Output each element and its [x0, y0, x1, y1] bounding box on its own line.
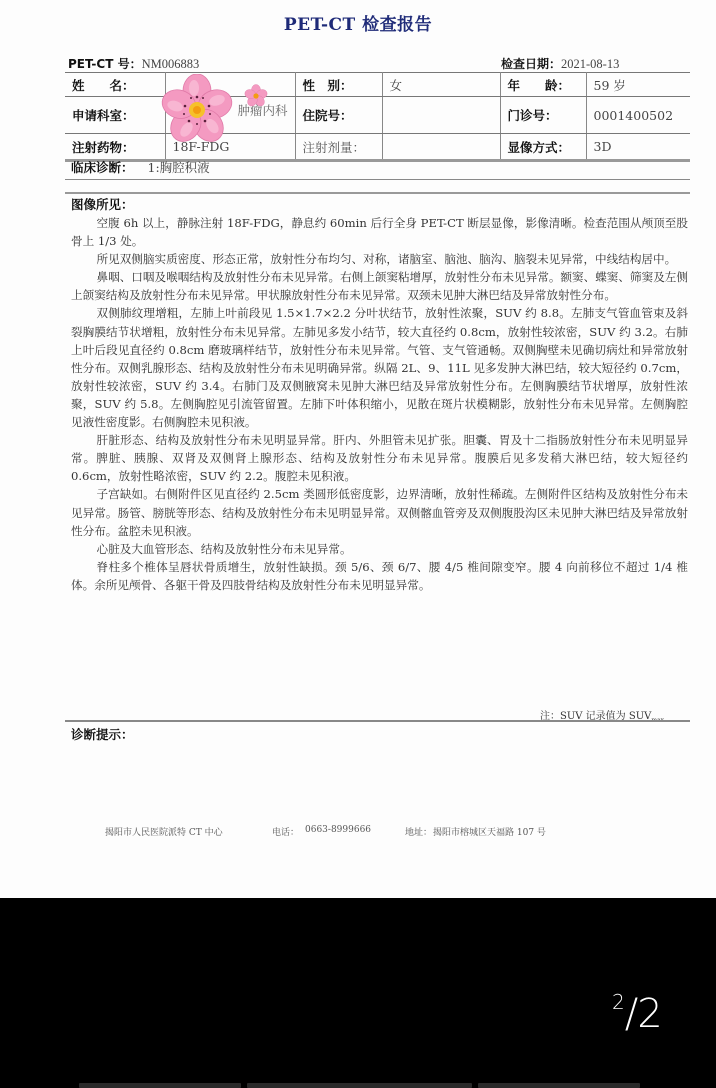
thumbnail-strip-item[interactable] [79, 1083, 241, 1088]
department-label: 申请科室： [65, 97, 165, 134]
inpatient-no-label: 住院号： [295, 97, 382, 134]
inpatient-no-value [382, 97, 500, 134]
drug-label: 注射药物： [65, 134, 165, 161]
findings-paragraph: 脊柱多个椎体呈唇状骨质增生，放射性缺损。颈 5/6、颈 6/7、腰 4/5 椎间… [71, 558, 688, 594]
diagnosis-hint-heading: 诊断提示： [71, 725, 134, 743]
footer-address-label: 地址： [405, 825, 432, 838]
imaging-mode-label: 显像方式： [500, 134, 586, 161]
footer-institution: 揭阳市人民医院派特 CT 中心 [105, 825, 223, 838]
findings-body: 空腹 6h 以上，静脉注射 18F-FDG，静息约 60min 后行全身 PET… [71, 214, 688, 594]
footer-phone-label: 电话： [272, 825, 299, 838]
divider [65, 720, 690, 722]
clinical-diagnosis-label: 临床诊断： [71, 160, 134, 175]
outpatient-no-label: 门诊号： [500, 97, 586, 134]
findings-paragraph: 双侧肺纹理增粗，左肺上叶前段见 1.5×1.7×2.2 分叶状结节，放射性浓聚，… [71, 304, 688, 431]
dose-value [382, 134, 500, 161]
footer-phone: 0663-8999666 [305, 825, 371, 835]
findings-paragraph: 所见双侧脑实质密度、形态正常，放射性分布均匀、对称，诸脑室、脑池、脑沟、脑裂未见… [71, 250, 688, 268]
clinical-diagnosis-row: 临床诊断：1:胸腔积液 [65, 158, 690, 180]
exam-date-label: 检查日期： [501, 57, 561, 71]
table-row: 注射药物： 18F-FDG 注射剂量： 显像方式： 3D [65, 134, 690, 161]
divider [65, 192, 690, 194]
current-page: 2 [612, 990, 624, 1014]
table-row: 申请科室： 肿瘤内科 住院号： 门诊号： 0001400502 [65, 97, 690, 134]
report-title: PET-CT 检查报告 [0, 10, 716, 35]
imaging-mode-value: 3D [586, 134, 690, 161]
thumbnail-strip-item[interactable] [247, 1083, 472, 1088]
dose-label: 注射剂量： [295, 134, 382, 161]
patient-info-table: 姓 名： 性 别： 女 年 龄： 59 岁 申请科室： 肿瘤内科 住院号： 门诊… [65, 72, 690, 162]
table-row: 姓 名： 性 别： 女 年 龄： 59 岁 [65, 73, 690, 97]
cherry-blossom-sticker-large [160, 74, 234, 146]
findings-heading: 图像所见： [71, 195, 134, 213]
pet-ct-no: NM006883 [142, 57, 200, 71]
total-pages: /2 [625, 991, 662, 1037]
clinical-diagnosis: 1:胸腔积液 [148, 160, 210, 175]
findings-paragraph: 子宫缺如。右侧附件区见直径约 2.5cm 类圆形低密度影，边界清晰，放射性稀疏。… [71, 485, 688, 539]
findings-paragraph: 心脏及大血管形态、结构及放射性分布未见异常。 [71, 540, 688, 558]
cherry-blossom-sticker-small [244, 84, 268, 108]
footer-address: 揭阳市榕城区天福路 107 号 [433, 825, 546, 838]
report-footer: 揭阳市人民医院派特 CT 中心 电话： 0663-8999666 地址： 揭阳市… [105, 825, 665, 839]
pet-ct-no-label: PET-CT 号： [68, 57, 142, 71]
findings-paragraph: 鼻咽、口咽及喉咽结构及放射性分布未见异常。右侧上颌窦粘增厚，放射性分布未见异常。… [71, 268, 688, 304]
age-label: 年 龄： [500, 73, 586, 97]
page-indicator: 2/2 [612, 990, 662, 1037]
outpatient-no-value: 0001400502 [586, 97, 690, 134]
findings-paragraph: 空腹 6h 以上，静脉注射 18F-FDG，静息约 60min 后行全身 PET… [71, 214, 688, 250]
age-value: 59 岁 [586, 73, 690, 97]
thumbnail-strip-item[interactable] [478, 1083, 640, 1088]
gender-value: 女 [382, 73, 500, 97]
report-meta: PET-CT 号：NM006883 检查日期：2021-08-13 [68, 55, 690, 73]
gender-label: 性 别： [295, 73, 382, 97]
exam-date: 2021-08-13 [561, 57, 619, 71]
name-label: 姓 名： [65, 73, 165, 97]
findings-paragraph: 肝脏形态、结构及放射性分布未见明显异常。肝内、外胆管未见扩张。胆囊、胃及十二指肠… [71, 431, 688, 485]
report-page: PET-CT 检查报告 PET-CT 号：NM006883 检查日期：2021-… [0, 0, 716, 898]
